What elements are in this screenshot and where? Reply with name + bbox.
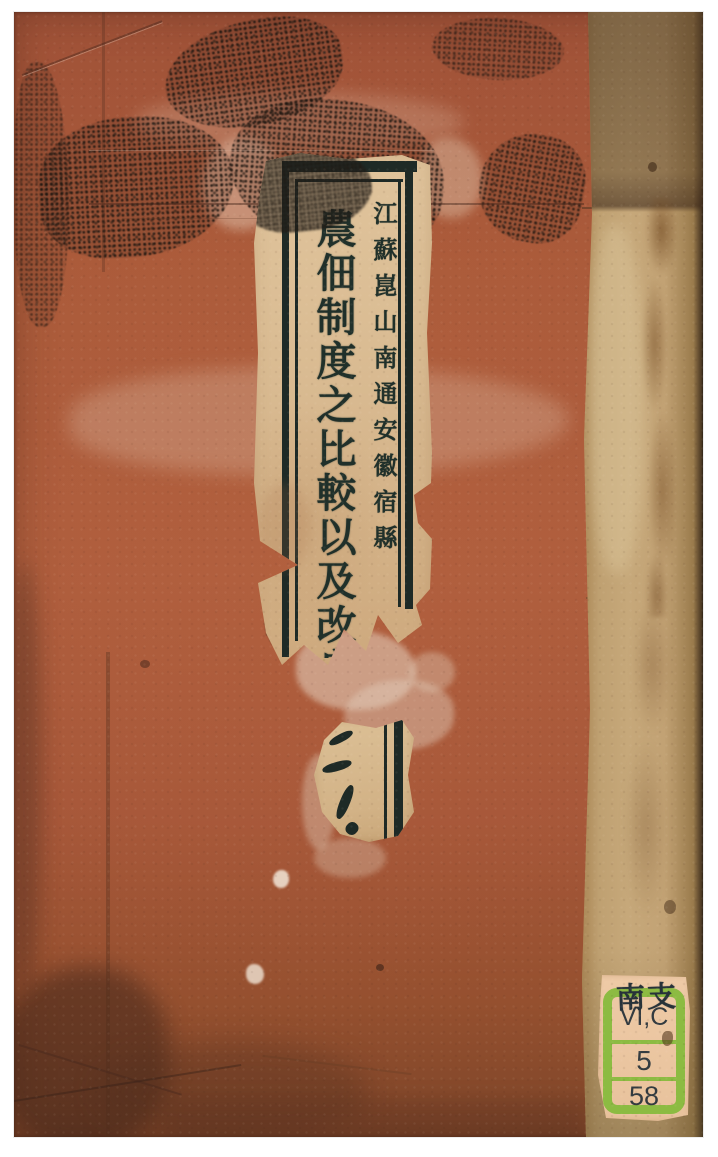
- mildew-stain: [14, 62, 69, 327]
- frame-right-outer: [405, 161, 413, 609]
- spine-top-segment: [582, 12, 703, 212]
- call-number-middle: 5: [598, 1045, 690, 1077]
- label-aging-stain: [258, 483, 310, 571]
- mildew-stain: [470, 126, 592, 251]
- paste-residue: [314, 838, 386, 878]
- impression-line: [89, 150, 434, 151]
- dark-speck-dot: [376, 964, 384, 971]
- spine-water-stain: [634, 197, 680, 617]
- screenshot-root: { "artifact": { "title_label": { "main_t…: [0, 0, 718, 1157]
- white-spot: [273, 870, 289, 888]
- dark-stain: [164, 1100, 584, 1137]
- call-number-bottom: 58: [598, 1081, 690, 1112]
- paste-residue: [409, 652, 455, 692]
- ink-stroke: [343, 820, 361, 838]
- spine-water-stain: [616, 612, 682, 972]
- title-side-text: 江蘇崑山南通安徽宿縣: [365, 201, 401, 641]
- mildew-stain: [430, 15, 565, 84]
- ink-stroke: [321, 758, 352, 775]
- dark-speck-dot: [140, 660, 150, 668]
- call-number-handwritten: 南支: [603, 974, 690, 1018]
- dark-stain: [14, 562, 42, 992]
- book-cover-photo: 農佃制度之比較以及改良農 江蘇崑山南通安徽宿縣 VI,C 南支 5 58: [14, 12, 703, 1137]
- frame-left-outer: [282, 161, 289, 657]
- crease-line: [106, 652, 110, 1137]
- title-main-text: 農佃制度之比較以及改良農: [290, 208, 362, 658]
- ink-stroke: [328, 728, 355, 747]
- title-label: 農佃制度之比較以及改良農 江蘇崑山南通安徽宿縣: [252, 153, 432, 673]
- white-spot: [246, 964, 264, 984]
- fragment-line-thin: [384, 720, 387, 842]
- crease-line: [22, 20, 163, 76]
- spine-speck-dot: [648, 162, 657, 172]
- ink-stroke: [334, 783, 357, 820]
- crease-line: [102, 12, 105, 272]
- call-number-label: VI,C 南支 5 58: [598, 975, 690, 1121]
- spine-speck-dot: [664, 900, 676, 914]
- spine-strip: [582, 12, 703, 1137]
- fragment-line-thick: [394, 720, 403, 842]
